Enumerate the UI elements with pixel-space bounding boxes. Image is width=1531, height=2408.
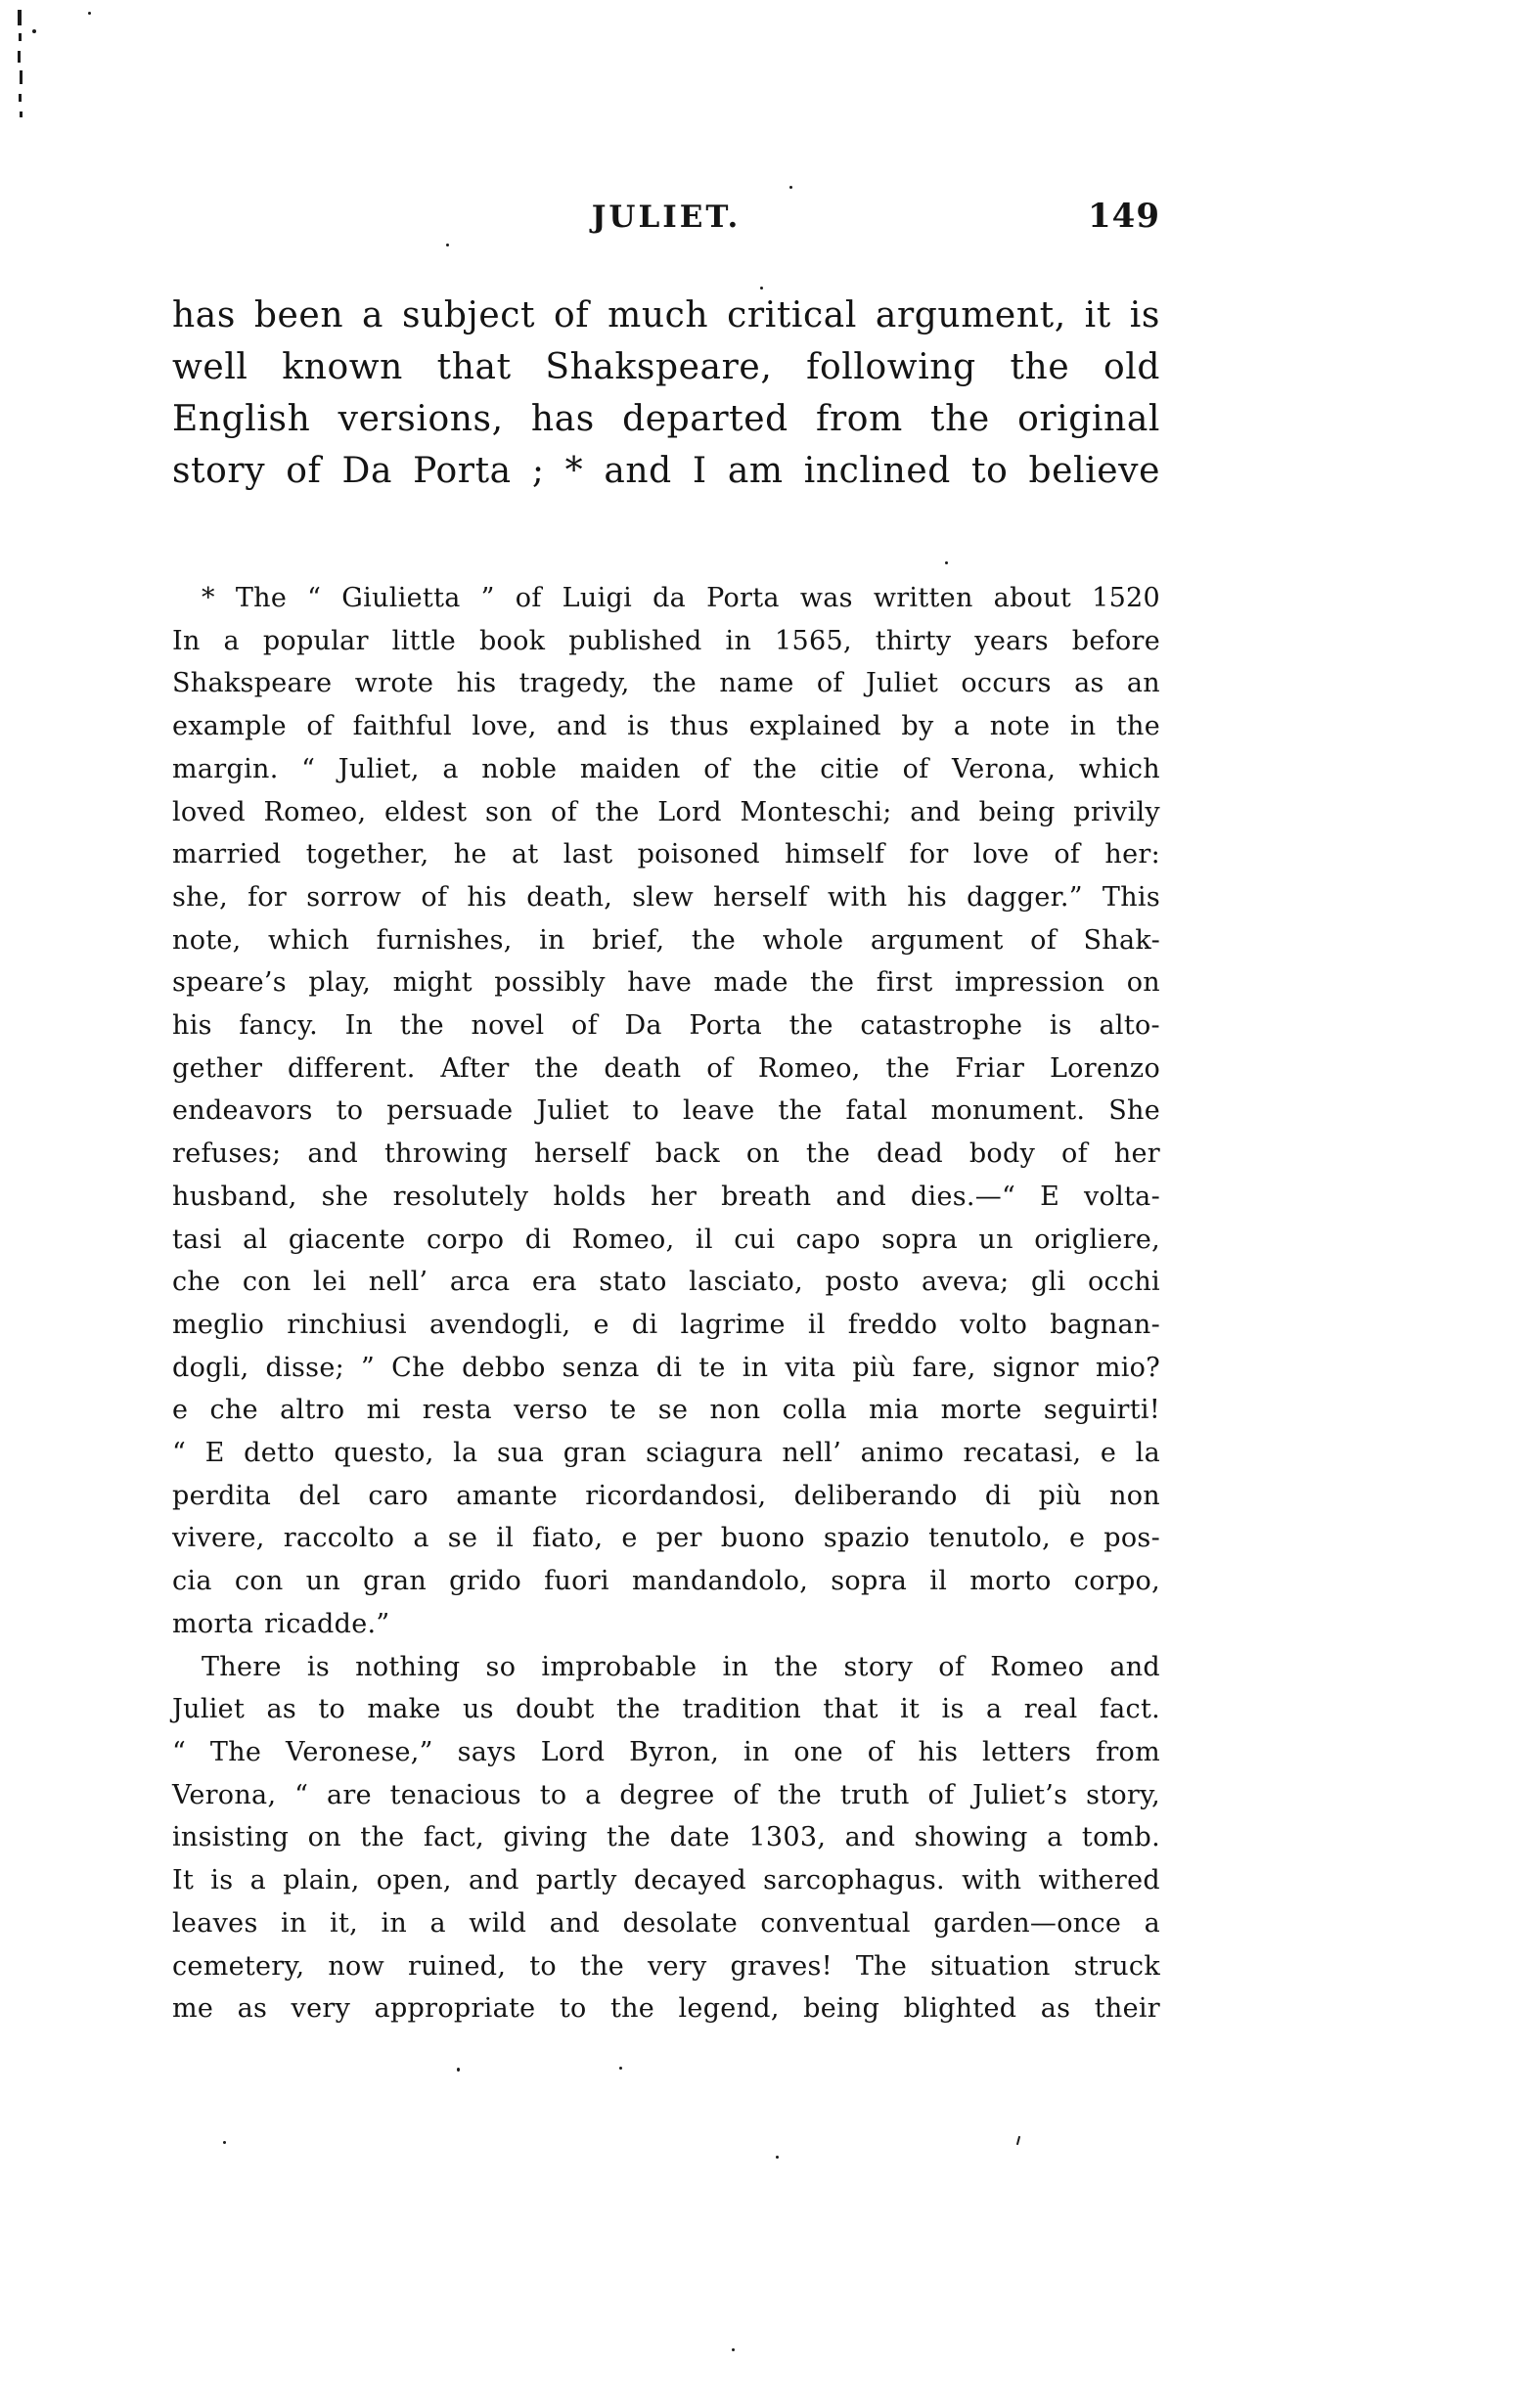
body-line: well known that Shakspeare, following th… (172, 341, 1160, 393)
footnote-line: endeavors to persuade Juliet to leave th… (172, 1090, 1160, 1133)
footnote-line: husband, she resolutely holds her breath… (172, 1176, 1160, 1219)
footnote-line: note, which furnishes, in brief, the who… (172, 919, 1160, 962)
running-title: JULIET. (172, 200, 1160, 235)
footnote-line: vivere, raccolto a se il fiato, e per bu… (172, 1517, 1160, 1560)
main-paragraph: has been a subject of much critical argu… (172, 290, 1160, 497)
footnote-line: perdita del caro amante ricordandosi, de… (172, 1475, 1160, 1518)
footnote-line: meglio rinchiusi avendogli, e di lagrime… (172, 1304, 1160, 1347)
footnote-line: margin. “ Juliet, a noble maiden of the … (172, 748, 1160, 791)
footnote-line: Juliet as to make us doubt the tradition… (172, 1688, 1160, 1731)
footnote-line: insisting on the fact, giving the date 1… (172, 1816, 1160, 1859)
footnote-line: morta ricadde.” (172, 1603, 1160, 1646)
footnote-line: married together, he at last poisoned hi… (172, 833, 1160, 876)
footnote-line: she, for sorrow of his death, slew herse… (172, 876, 1160, 919)
footnote-line: loved Romeo, eldest son of the Lord Mont… (172, 791, 1160, 834)
footnote-line: In a popular little book published in 15… (172, 620, 1160, 663)
footnote-line: cia con un gran grido fuori mandandolo, … (172, 1560, 1160, 1603)
footnote-line: * The “ Giulietta ” of Luigi da Porta wa… (172, 577, 1160, 620)
footnote-line: gether different. After the death of Rom… (172, 1048, 1160, 1091)
body-line: English versions, has departed from the … (172, 393, 1160, 445)
footnote-line: There is nothing so improbable in the st… (172, 1646, 1160, 1689)
page-header: JULIET. 149 (172, 200, 1160, 245)
footnote-line: cemetery, now ruined, to the very graves… (172, 1945, 1160, 1988)
footnote-line: his fancy. In the novel of Da Porta the … (172, 1004, 1160, 1048)
footnote: * The “ Giulietta ” of Luigi da Porta wa… (172, 577, 1160, 2030)
footnote-line: che con lei nell’ arca era stato lasciat… (172, 1261, 1160, 1304)
book-page: JULIET. 149 has been a subject of much c… (0, 0, 1531, 2408)
footnote-line: “ E detto questo, la sua gran sciagura n… (172, 1432, 1160, 1475)
footnote-line: Verona, “ are tenacious to a degree of t… (172, 1774, 1160, 1817)
page-number: 149 (1088, 197, 1160, 236)
footnote-line: Shakspeare wrote his tragedy, the name o… (172, 662, 1160, 705)
footnote-line: example of faithful love, and is thus ex… (172, 705, 1160, 748)
footnote-line: e che altro mi resta verso te se non col… (172, 1389, 1160, 1432)
footnote-line: refuses; and throwing herself back on th… (172, 1133, 1160, 1176)
footnote-line: speare’s play, might possibly have made … (172, 961, 1160, 1004)
footnote-line: dogli, disse; ” Che debbo senza di te in… (172, 1347, 1160, 1390)
footnote-line: “ The Veronese,” says Lord Byron, in one… (172, 1731, 1160, 1774)
footnote-line: tasi al giacente corpo di Romeo, il cui … (172, 1219, 1160, 1262)
footnote-line: me as very appropriate to the legend, be… (172, 1987, 1160, 2030)
body-line: story of Da Porta ; * and I am inclined … (172, 445, 1160, 497)
footnote-line: leaves in it, in a wild and desolate con… (172, 1902, 1160, 1945)
body-line: has been a subject of much critical argu… (172, 290, 1160, 341)
footnote-line: It is a plain, open, and partly decayed … (172, 1859, 1160, 1902)
